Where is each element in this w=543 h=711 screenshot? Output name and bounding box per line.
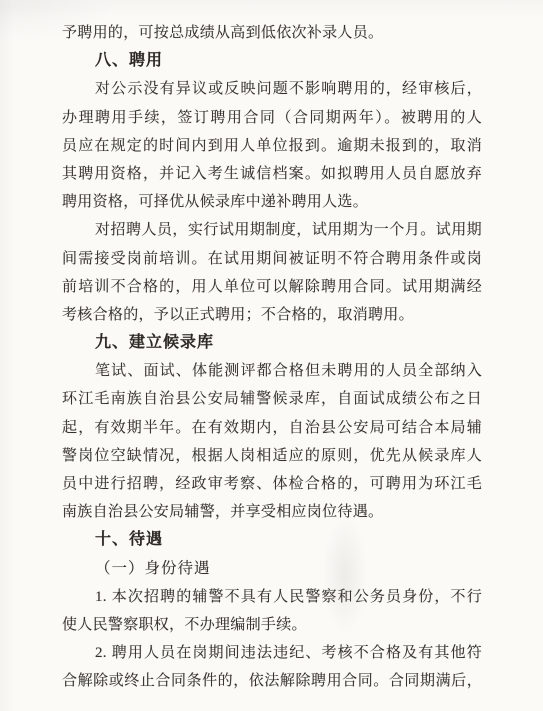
section-heading: 九、建立候录库 xyxy=(62,329,482,357)
text-line: 其聘用资格，并记入考生诚信档案。如拟聘用人员自愿放弃 xyxy=(62,160,482,188)
text-line: 考核合格的，予以正式聘用；不合格的，取消聘用。 xyxy=(62,301,482,329)
text-line: 聘用资格，可择优从候录库中递补聘用人选。 xyxy=(62,188,482,216)
text-line: 员应在规定的时间内到用人单位报到。逾期未报到的，取消 xyxy=(62,132,482,160)
section-heading: 八、聘用 xyxy=(62,47,482,75)
section-heading: 十、待遇 xyxy=(62,526,482,554)
text-line: 起，有效期半年。在有效期内，自治县公安局可结合本局辅 xyxy=(62,414,482,442)
text-line: 员中进行招聘，经政审考察、体检合格的，可聘用为环江毛 xyxy=(62,470,482,498)
text-line: 对公示没有异议或反映问题不影响聘用的，经审核后， xyxy=(62,75,482,103)
document-body: 予聘用的，可按总成绩从高到低依次补录人员。八、聘用对公示没有异议或反映问题不影响… xyxy=(62,19,482,696)
text-line: 前培训不合格的，用人单位可以解除聘用合同。试用期满经 xyxy=(62,273,482,301)
text-line: 2. 聘用人员在岗期间违法违纪、考核不合格及有其他符 xyxy=(62,639,482,667)
text-line: 对招聘人员，实行试用期制度，试用期为一个月。试用期 xyxy=(62,216,482,244)
text-line: 间需接受岗前培训。在试用期间被证明不符合聘用条件或岗 xyxy=(62,245,482,273)
text-line: 使人民警察职权，不办理编制手续。 xyxy=(62,611,482,639)
text-line: 南族自治县公安局辅警，并享受相应岗位待遇。 xyxy=(62,498,482,526)
text-line: 予聘用的，可按总成绩从高到低依次补录人员。 xyxy=(62,19,482,47)
text-line: 1. 本次招聘的辅警不具有人民警察和公务员身份，不行 xyxy=(62,583,482,611)
text-line: 警岗位空缺情况，根据人岗相适应的原则，优先从候录库人 xyxy=(62,442,482,470)
text-line: 笔试、面试、体能测评都合格但未聘用的人员全部纳入 xyxy=(62,357,482,385)
text-line: 合解除或终止合同条件的，依法解除聘用合同。合同期满后， xyxy=(62,667,482,695)
sub-heading: （一）身份待遇 xyxy=(62,555,482,583)
text-line: 环江毛南族自治县公安局辅警候录库，自面试成绩公布之日 xyxy=(62,385,482,413)
scanned-document-page: 予聘用的，可按总成绩从高到低依次补录人员。八、聘用对公示没有异议或反映问题不影响… xyxy=(0,0,543,711)
text-line: 办理聘用手续，签订聘用合同（合同期两年）。被聘用的人 xyxy=(62,104,482,132)
